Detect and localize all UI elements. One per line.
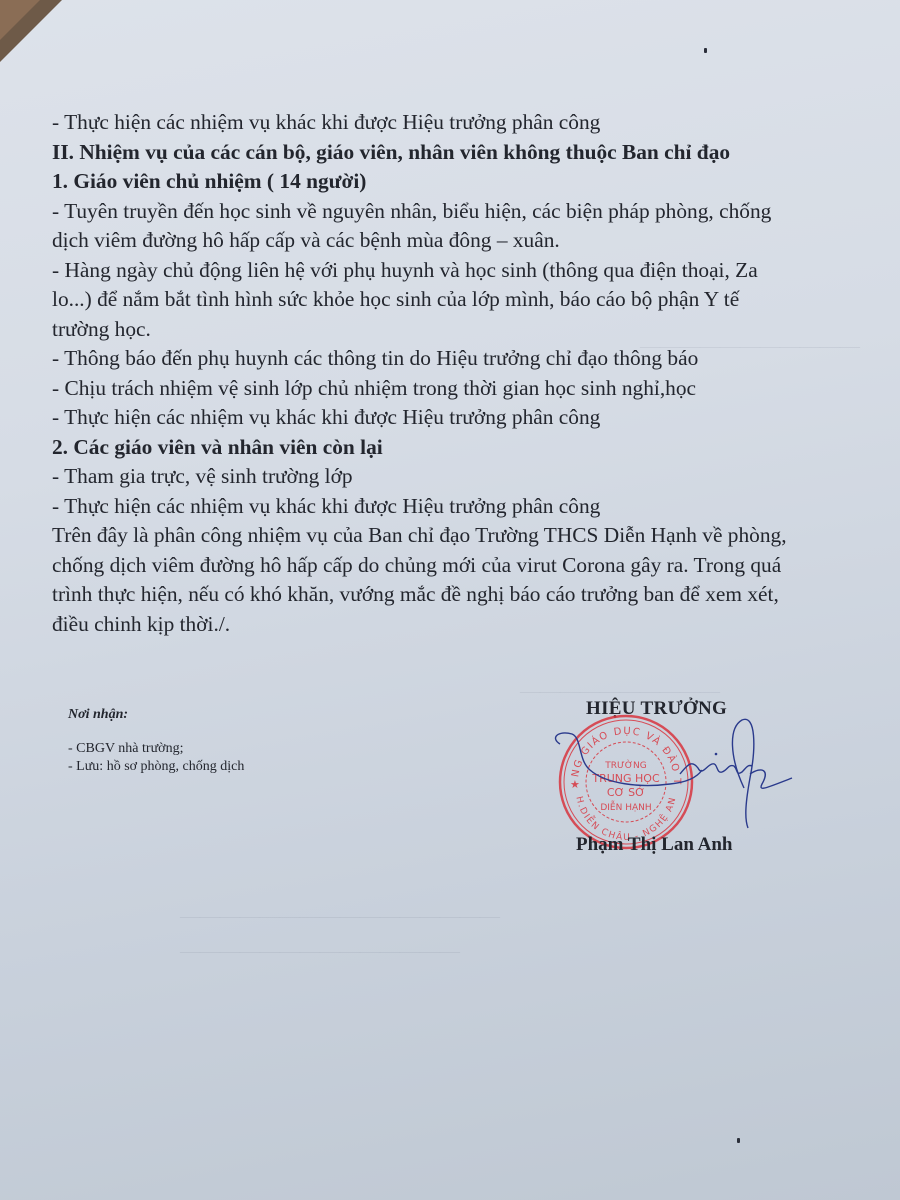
recipient-item: - Lưu: hồ sơ phòng, chống dịch — [68, 758, 244, 776]
body-line: trình thực hiện, nếu có khó khăn, vướng … — [52, 580, 857, 610]
paper-speck — [737, 1138, 740, 1143]
body-line: lo...) để nắm bắt tình hình sức khỏe học… — [52, 285, 857, 315]
recipients-block: Nơi nhận: - CBGV nhà trường; - Lưu: hồ s… — [68, 706, 244, 776]
body-line: - Thực hiện các nhiệm vụ khác khi được H… — [52, 492, 857, 522]
body-line: - Tuyên truyền đến học sinh về nguyên nh… — [52, 197, 857, 227]
body-line: - Thông báo đến phụ huynh các thông tin … — [52, 344, 857, 374]
section-heading: 2. Các giáo viên và nhân viên còn lại — [52, 433, 857, 463]
section-heading: II. Nhiệm vụ của các cán bộ, giáo viên, … — [52, 138, 857, 168]
recipients-title: Nơi nhận: — [68, 706, 244, 724]
body-line: Trên đây là phân công nhiệm vụ của Ban c… — [52, 521, 857, 551]
body-line: điều chinh kịp thời./. — [52, 610, 857, 640]
paper-speck — [704, 48, 707, 53]
background-corner-texture — [0, 0, 40, 40]
signature-block: HIỆU TRƯỞNG PHÒNG GIÁO DỤC VÀ ĐÀO TẠO H.… — [560, 698, 820, 868]
bleed-through-text: ―――――――――――――――― — [180, 905, 500, 928]
handwritten-signature — [530, 708, 830, 838]
body-line: dịch viêm đường hô hấp cấp và các bệnh m… — [52, 226, 857, 256]
recipient-item: - CBGV nhà trường; — [68, 740, 244, 758]
body-line: - Thực hiện các nhiệm vụ khác khi được H… — [52, 403, 857, 433]
bleed-through-text: ―――――――――――――― — [180, 940, 460, 963]
body-line: - Chịu trách nhiệm vệ sinh lớp chủ nhiệm… — [52, 374, 857, 404]
section-heading: 1. Giáo viên chủ nhiệm ( 14 người) — [52, 167, 857, 197]
body-line: chống dịch viêm đường hô hấp cấp do chủn… — [52, 551, 857, 581]
document-page: ――――――――――― ―――――――――― ―――――――――――――――― … — [0, 0, 900, 1200]
body-line: - Hàng ngày chủ động liên hệ với phụ huy… — [52, 256, 857, 286]
body-line: - Tham gia trực, vệ sinh trường lớp — [52, 462, 857, 492]
body-line: - Thực hiện các nhiệm vụ khác khi được H… — [52, 108, 857, 138]
document-body: - Thực hiện các nhiệm vụ khác khi được H… — [52, 108, 862, 639]
body-line: trường học. — [52, 315, 857, 345]
